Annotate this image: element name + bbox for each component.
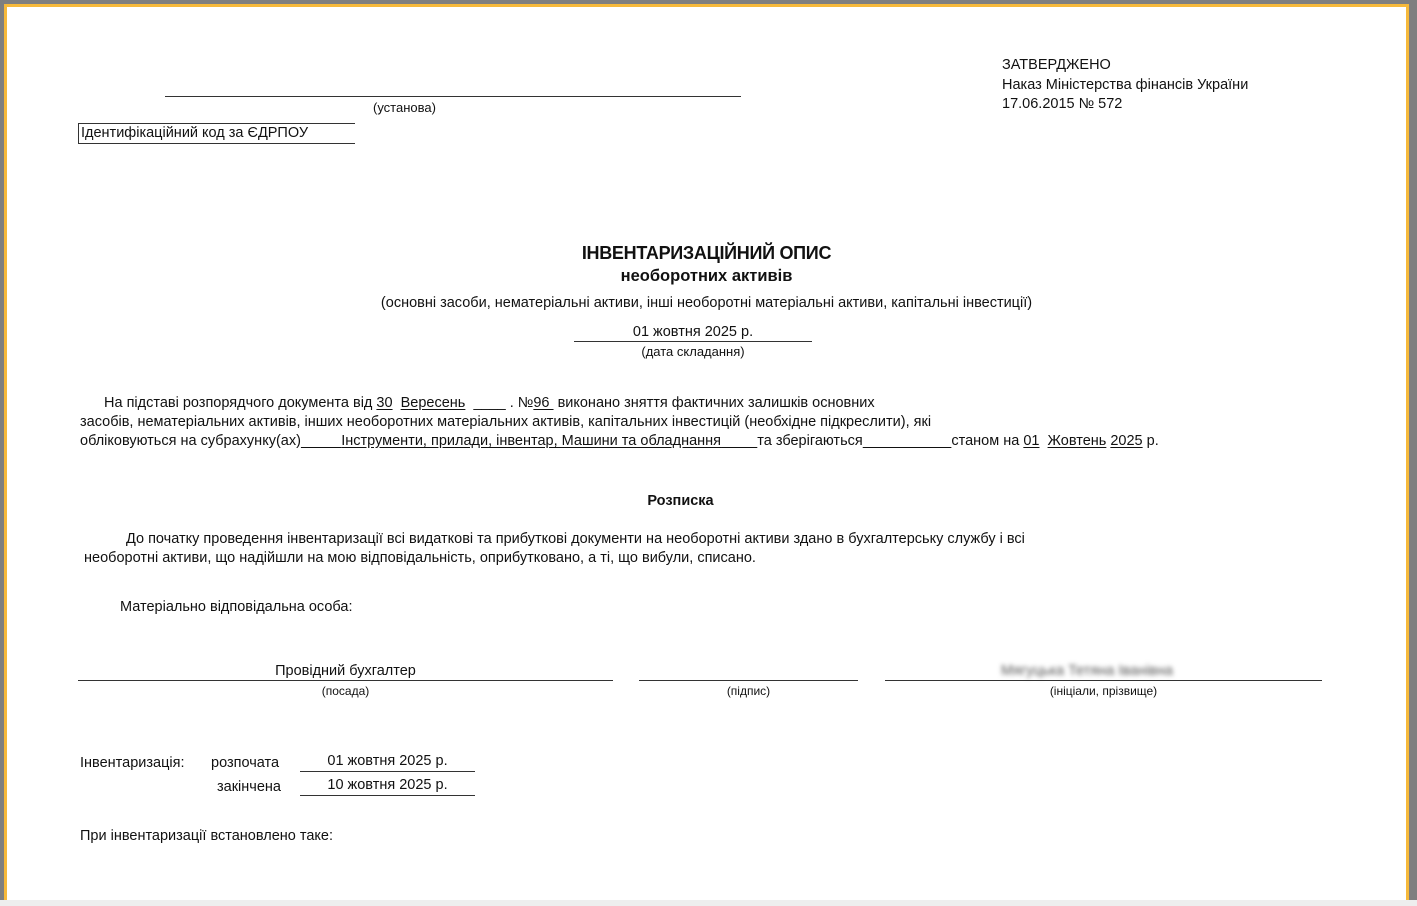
basis-doc-day: 30 [376,395,392,411]
inventory-finished-date: 10 жовтня 2025 р. [300,777,475,793]
document-date-label: (дата складання) [574,344,812,359]
inventory-started-line [300,771,475,772]
basis-line-3: обліковуються на субрахунку(ах) Інструме… [80,433,1159,449]
inventory-started-label: розпочата [211,755,279,771]
document-page: (установа) Ідентифікаційний код за ЄДРПО… [4,4,1409,906]
basis-as-of-month: Жовтень [1048,433,1107,449]
document-subtitle: необоротних активів [7,267,1406,286]
signature-name: Мягуцька Тетяна Іванівна [967,663,1207,679]
basis-subaccounts: Інструменти, прилади, інвентар, Машини т… [301,433,757,449]
edrpou-field[interactable]: Ідентифікаційний код за ЄДРПОУ [78,123,355,144]
responsible-person-label: Матеріально відповідальна особа: [120,599,352,615]
basis-doc-year-blank: ____ [473,395,505,411]
receipt-line-2: необоротні активи, що надійшли на мою ві… [84,550,756,566]
inventory-finished-line [300,795,475,796]
inventory-started-date: 01 жовтня 2025 р. [300,753,475,769]
approval-order: Наказ Міністерства фінансів України [1002,77,1248,93]
document-title: ІНВЕНТАРИЗАЦІЙНИЙ ОПИС [7,243,1406,264]
page-bottom-edge [0,900,1417,906]
signature-label: (підпис) [639,684,858,698]
inventory-label: Інвентаризація: [80,755,184,771]
document-scope: (основні засоби, нематеріальні активи, і… [7,295,1406,311]
institution-label: (установа) [373,100,436,115]
inventory-finished-label: закінчена [217,779,281,795]
name-line [885,680,1322,681]
edrpou-label: Ідентифікаційний код за ЄДРПОУ [81,125,308,141]
document-date: 01 жовтня 2025 р. [574,324,812,340]
basis-storage-place [863,433,952,449]
position-line [78,680,613,681]
signature-position: Провідний бухгалтер [78,663,613,679]
basis-line-1: На підставі розпорядчого документа від 3… [104,395,875,411]
approval-title: ЗАТВЕРДЖЕНО [1002,57,1111,73]
basis-doc-month: Вересень [401,395,466,411]
basis-doc-number: 96 [533,395,553,411]
findings-text: При інвентаризації встановлено таке: [80,828,333,844]
position-label: (посада) [78,684,613,698]
signature-line [639,680,858,681]
document-date-line [574,341,812,342]
receipt-title: Розписка [7,493,1354,509]
basis-as-of-year: 2025 [1110,433,1142,449]
basis-line-2: засобів, нематеріальних активів, інших н… [80,414,931,430]
receipt-line-1: До початку проведення інвентаризації всі… [126,531,1025,547]
name-label: (ініціали, прізвище) [885,684,1322,698]
basis-as-of-day: 01 [1023,433,1039,449]
approval-date: 17.06.2015 № 572 [1002,96,1122,112]
institution-line [165,96,741,97]
